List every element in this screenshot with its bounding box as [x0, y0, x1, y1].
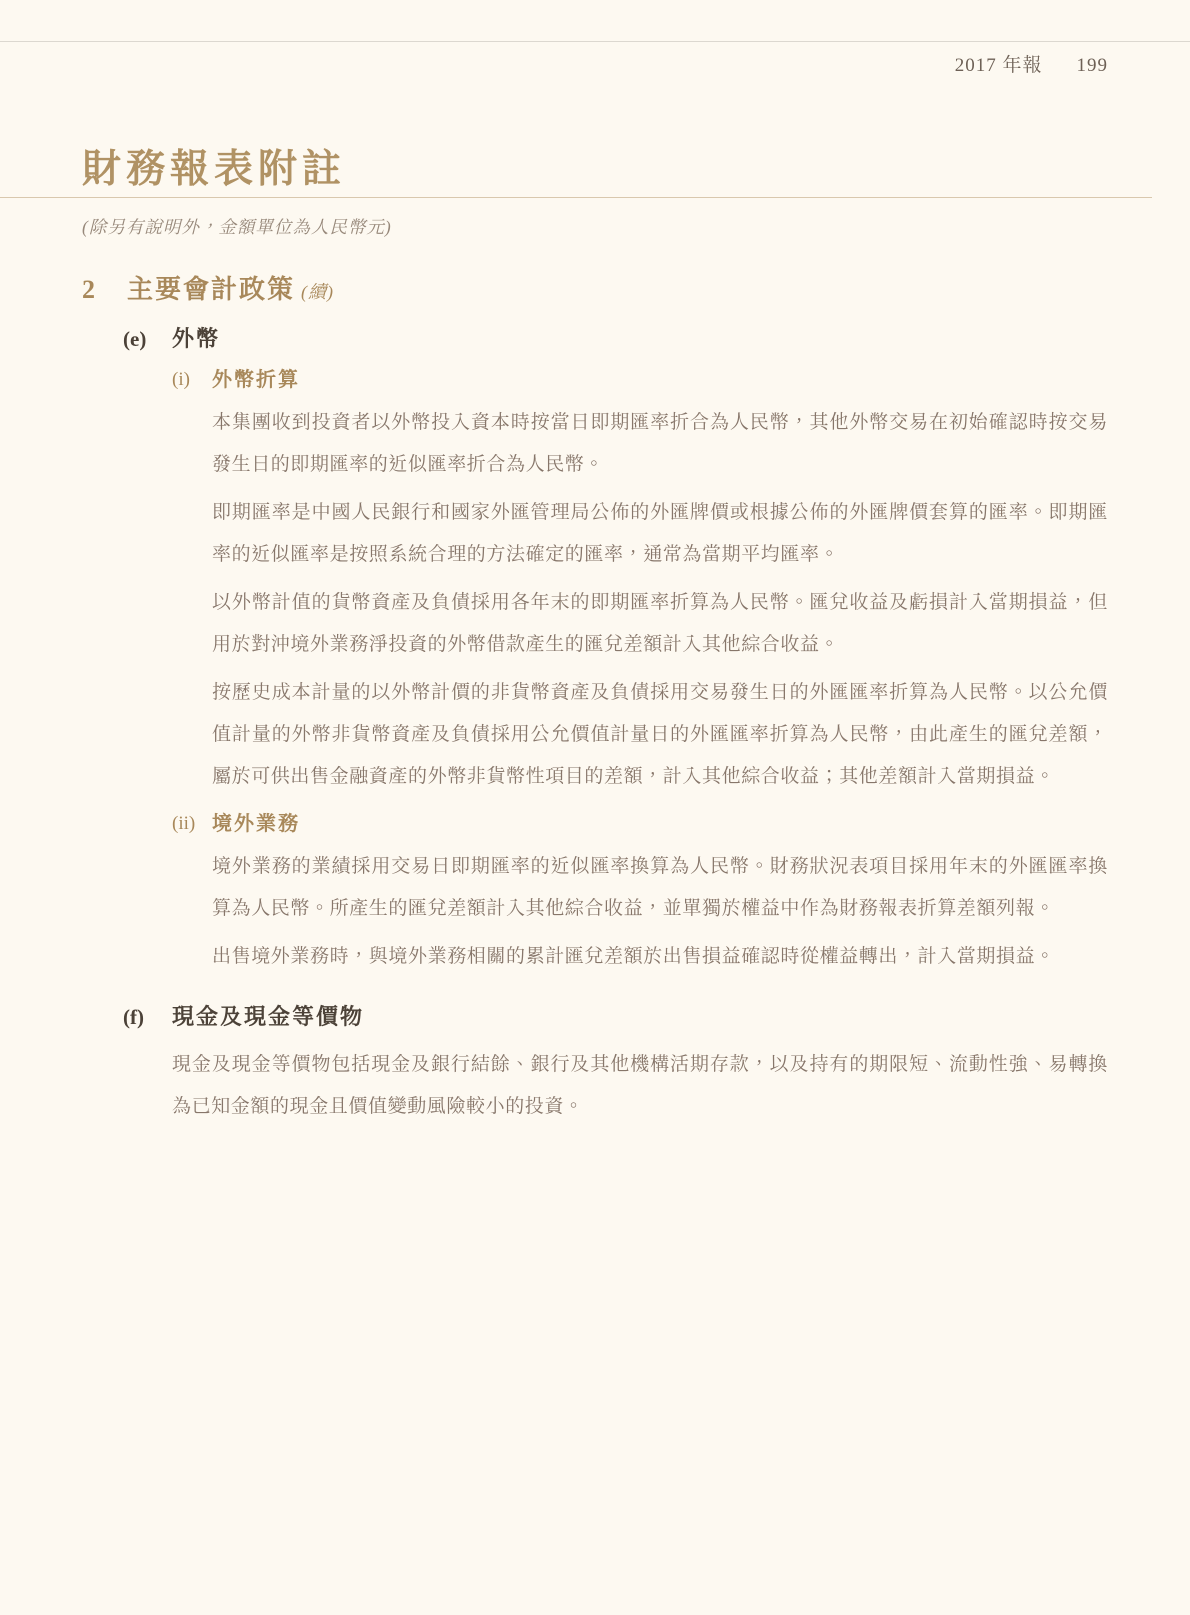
report-page: 2017 年報199 財務報表附註 (除另有說明外，金額單位為人民幣元) 2主要… — [0, 0, 1190, 1615]
subsection-f-body: 現金及現金等價物 現金及現金等價物包括現金及銀行結餘、銀行及其他機構活期存款，以… — [172, 1002, 1108, 1128]
paragraph: 現金及現金等價物包括現金及銀行結餘、銀行及其他機構活期存款，以及持有的期限短、流… — [172, 1044, 1108, 1128]
subsection-f-label: (f) — [123, 1002, 144, 1032]
subsection-e-ii-label: (ii) — [172, 810, 195, 838]
subsection-e-label: (e) — [123, 324, 146, 354]
subsection-e-i: (i) 外幣折算 本集團收到投資者以外幣投入資本時按當日即期匯率折合為人民幣，其… — [172, 366, 1108, 798]
subsection-e-i-label: (i) — [172, 366, 190, 394]
section-title: 主要會計政策 — [127, 275, 295, 304]
paragraph: 即期匯率是中國人民銀行和國家外匯管理局公佈的外匯牌價或根據公佈的外匯牌價套算的匯… — [212, 492, 1108, 576]
subsection-e-i-title: 外幣折算 — [212, 366, 1108, 394]
subsection-e-ii-body: 境外業務 境外業務的業績採用交易日即期匯率的近似匯率換算為人民幣。財務狀況表項目… — [212, 810, 1108, 978]
subsection-f: (f) 現金及現金等價物 現金及現金等價物包括現金及銀行結餘、銀行及其他機構活期… — [82, 1002, 1108, 1128]
subsection-e-i-body: 外幣折算 本集團收到投資者以外幣投入資本時按當日即期匯率折合為人民幣，其他外幣交… — [212, 366, 1108, 798]
page-header: 2017 年報199 — [955, 50, 1108, 77]
title-divider — [0, 197, 1152, 198]
subsection-e-title: 外幣 — [172, 324, 1108, 354]
page-number: 199 — [1077, 55, 1109, 76]
paragraph: 以外幣計值的貨幣資產及負債採用各年末的即期匯率折算為人民幣。匯兌收益及虧損計入當… — [212, 582, 1108, 666]
subsection-e: (e) 外幣 (i) 外幣折算 本集團收到投資者以外幣投入資本時按當日即期匯率折… — [82, 324, 1108, 978]
subsection-e-body: 外幣 (i) 外幣折算 本集團收到投資者以外幣投入資本時按當日即期匯率折合為人民… — [172, 324, 1108, 978]
subsection-f-title: 現金及現金等價物 — [172, 1002, 1108, 1032]
currency-note: (除另有說明外，金額單位為人民幣元) — [82, 214, 392, 239]
content-area: 2主要會計政策(續) (e) 外幣 (i) 外幣折算 本集團收到投資者以外幣投入… — [82, 270, 1108, 1134]
subsection-e-ii: (ii) 境外業務 境外業務的業績採用交易日即期匯率的近似匯率換算為人民幣。財務… — [172, 810, 1108, 978]
paragraph: 按歷史成本計量的以外幣計價的非貨幣資產及負債採用交易發生日的外匯匯率折算為人民幣… — [212, 672, 1108, 798]
section-heading: 2主要會計政策(續) — [82, 270, 1108, 312]
paragraph: 境外業務的業績採用交易日即期匯率的近似匯率換算為人民幣。財務狀況表項目採用年末的… — [212, 846, 1108, 930]
page-title: 財務報表附註 — [82, 138, 346, 194]
report-title: 2017 年報 — [955, 55, 1043, 76]
top-divider — [0, 41, 1190, 42]
subsection-e-ii-title: 境外業務 — [212, 810, 1108, 838]
section-number: 2 — [82, 270, 127, 310]
paragraph: 出售境外業務時，與境外業務相關的累計匯兌差額於出售損益確認時從權益轉出，計入當期… — [212, 936, 1108, 978]
section-continued-label: (續) — [301, 282, 334, 302]
paragraph: 本集團收到投資者以外幣投入資本時按當日即期匯率折合為人民幣，其他外幣交易在初始確… — [212, 402, 1108, 486]
